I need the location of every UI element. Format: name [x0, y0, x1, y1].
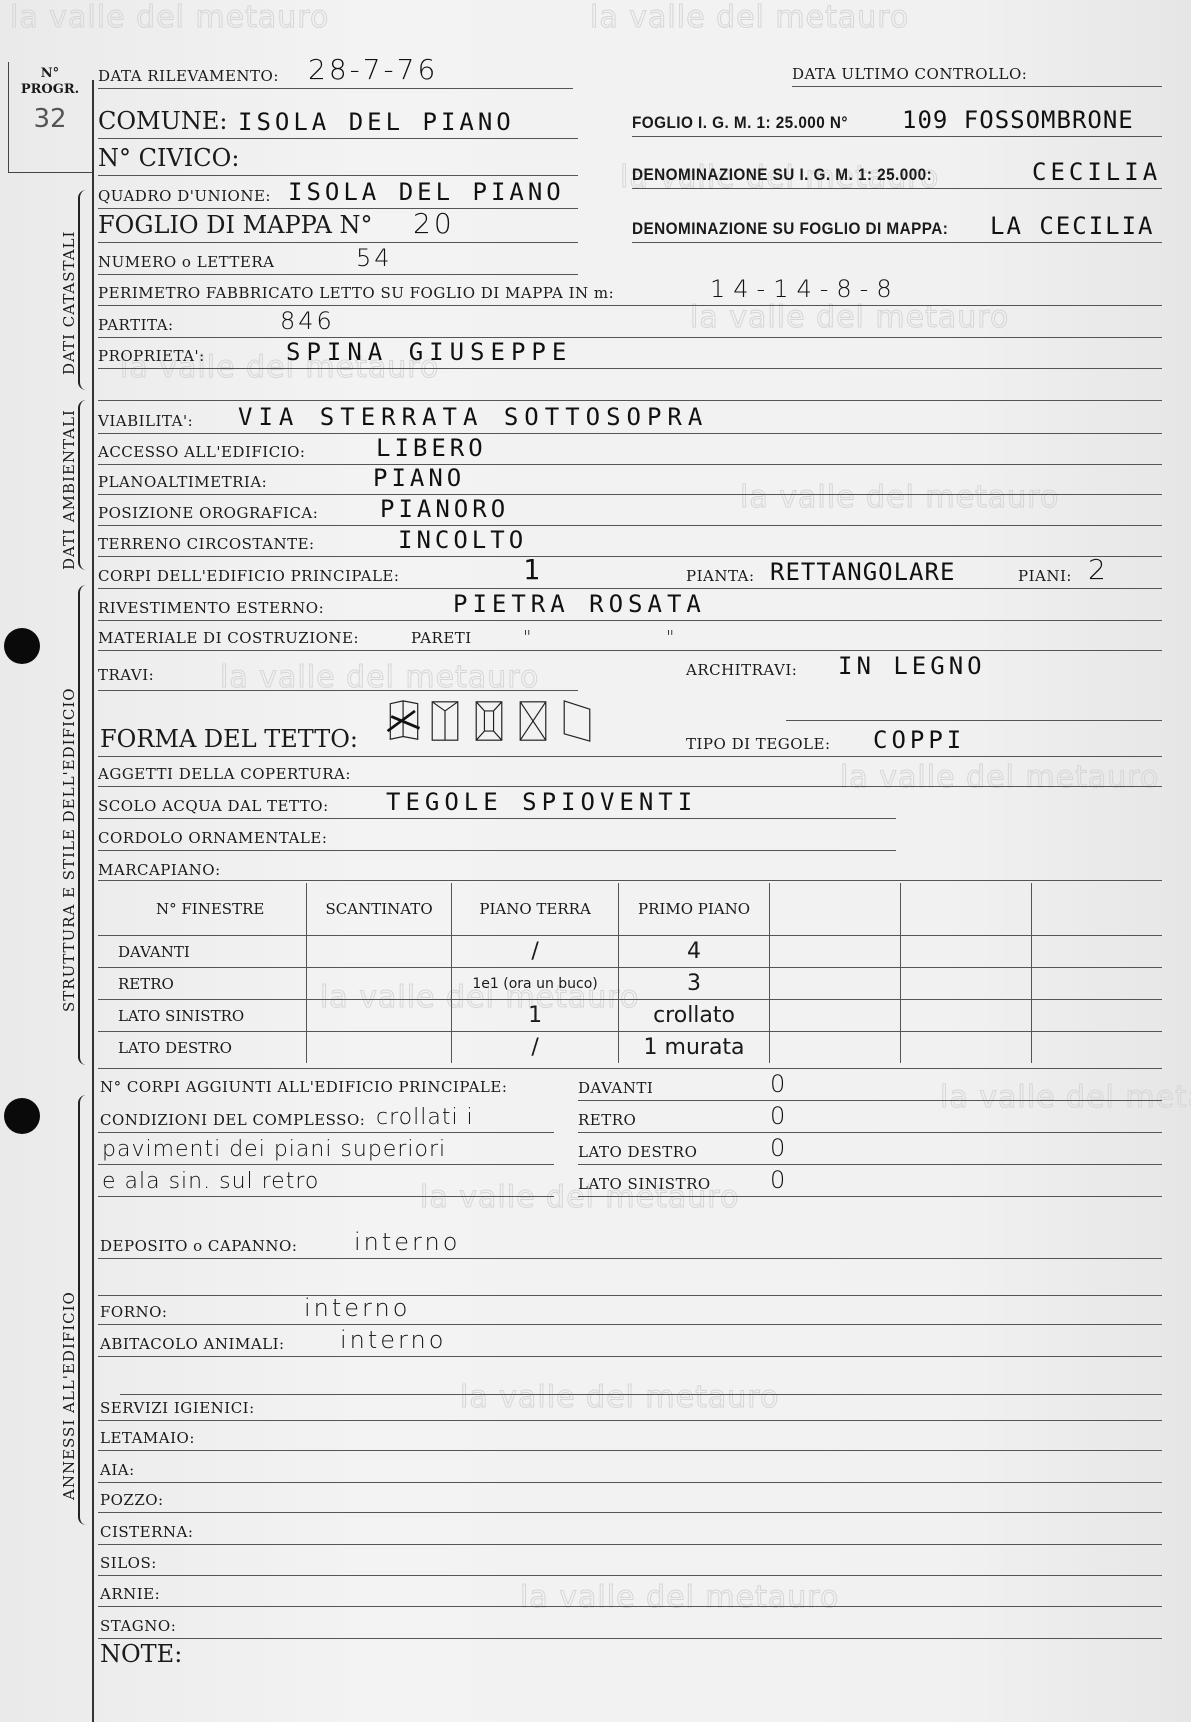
- aggetti-label: AGGETTI DELLA COPERTURA:: [98, 765, 351, 783]
- foglio-row: FOGLIO DI MAPPA N° 20: [98, 212, 578, 243]
- architravi-label: ARCHITRAVI:: [686, 661, 797, 679]
- aggiunti-davanti-row: DAVANTI 0: [578, 1070, 1162, 1101]
- proprieta-label: PROPRIETA':: [98, 347, 205, 365]
- cell[interactable]: /: [452, 1032, 619, 1064]
- letamaio-label: LETAMAIO:: [100, 1429, 195, 1447]
- table-row: DAVANTI / 4: [98, 936, 1162, 968]
- binder-hole: [4, 1098, 40, 1134]
- cell[interactable]: [770, 968, 901, 1000]
- cell[interactable]: 1: [452, 1000, 619, 1032]
- data-rilevamento-value[interactable]: 28-7-76: [308, 53, 438, 86]
- tetto-label: FORMA DEL TETTO:: [100, 725, 358, 753]
- roof-shape-padiglione-icon[interactable]: [430, 700, 460, 742]
- partita-value[interactable]: 846: [280, 307, 335, 335]
- comune-value[interactable]: ISOLA DEL PIANO: [238, 108, 515, 136]
- silos-label: SILOS:: [100, 1554, 157, 1572]
- aggiunti-davanti-value[interactable]: 0: [770, 1070, 788, 1098]
- note-label: NOTE:: [100, 1640, 182, 1668]
- arnie-label: ARNIE:: [100, 1585, 160, 1603]
- aggetti-row: AGGETTI DELLA COPERTURA:: [98, 756, 1162, 787]
- tegole-value[interactable]: COPPI: [873, 726, 965, 754]
- condizioni-row-3: e ala sin. sul retro: [98, 1166, 554, 1197]
- cell[interactable]: /: [452, 936, 619, 968]
- data-ultimo-controllo-row: DATA ULTIMO CONTROLLO:: [792, 56, 1162, 87]
- pianta-value[interactable]: RETTANGOLARE: [770, 558, 955, 586]
- cell[interactable]: [901, 1000, 1032, 1032]
- note-field[interactable]: [190, 1640, 1160, 1710]
- silos-row: SILOS:: [98, 1545, 1162, 1576]
- pareti-label: PARETI: [411, 629, 472, 647]
- roof-shape-capanna-crossed-icon[interactable]: [386, 700, 422, 742]
- architravi-value[interactable]: IN LEGNO: [838, 652, 986, 680]
- tetto-row: FORMA DEL TETTO: TIPO DI TEGOLE: COPPI: [98, 722, 1162, 757]
- proprieta-value[interactable]: SPINA GIUSEPPE: [286, 338, 572, 366]
- section-brace: [78, 190, 90, 390]
- cell[interactable]: 3: [619, 968, 770, 1000]
- abitacolo-row: ABITACOLO ANIMALI: interno: [98, 1326, 1162, 1357]
- row-label: LATO SINISTRO: [98, 1000, 307, 1032]
- table-row: LATO SINISTRO 1 crollato: [98, 1000, 1162, 1032]
- quadro-value[interactable]: ISOLA DEL PIANO: [288, 178, 565, 206]
- numero-value[interactable]: 54: [356, 244, 393, 272]
- cell[interactable]: 1 murata: [619, 1032, 770, 1064]
- pozzo-label: POZZO:: [100, 1491, 164, 1509]
- aggiunti-sinistro-label: LATO SINISTRO: [578, 1175, 711, 1193]
- materiale-label: MATERIALE DI COSTRUZIONE:: [98, 629, 359, 647]
- aggiunti-retro-value[interactable]: 0: [770, 1102, 788, 1130]
- progr-value: 32: [10, 104, 90, 134]
- travi-row: TRAVI:: [98, 660, 578, 691]
- accesso-row: ACCESSO ALL'EDIFICIO: LIBERO: [98, 434, 1162, 465]
- igm-row: FOGLIO I. G. M. 1: 25.000 N° 109 FOSSOMB…: [632, 106, 1162, 137]
- side-label-catastali: DATI CATASTALI: [60, 231, 78, 375]
- blank-row: [98, 1265, 1162, 1296]
- side-label-struttura: STRUTTURA E STILE DELL'EDIFICIO: [60, 687, 78, 1012]
- deposito-row: DEPOSITO o CAPANNO: interno: [98, 1228, 1162, 1259]
- section-brace: [78, 1095, 90, 1525]
- pareti-value-1[interactable]: ": [523, 627, 534, 648]
- section-brace: [78, 400, 90, 570]
- plano-value[interactable]: PIANO: [373, 464, 465, 492]
- cell[interactable]: [307, 936, 452, 968]
- partita-row: PARTITA: 846: [98, 307, 1162, 338]
- cell[interactable]: [307, 1000, 452, 1032]
- cisterna-label: CISTERNA:: [100, 1523, 193, 1541]
- cordolo-label: CORDOLO ORNAMENTALE:: [98, 829, 327, 847]
- cisterna-row: CISTERNA:: [98, 1514, 1162, 1545]
- cell[interactable]: [1032, 1000, 1163, 1032]
- forno-label: FORNO:: [100, 1303, 167, 1321]
- comune-label: COMUNE:: [98, 107, 227, 135]
- numero-row: NUMERO o LETTERA 54: [98, 244, 578, 275]
- data-rilevamento-row: DATA RILEVAMENTO: 28-7-76: [98, 58, 573, 89]
- abitacolo-value[interactable]: interno: [340, 1326, 446, 1354]
- plano-label: PLANOALTIMETRIA:: [98, 473, 267, 491]
- scolo-value[interactable]: TEGOLE SPIOVENTI: [386, 788, 697, 816]
- left-margin-line: [92, 80, 94, 1722]
- deposito-label: DEPOSITO o CAPANNO:: [100, 1237, 297, 1255]
- watermark: la valle del metauro: [590, 0, 909, 35]
- partita-label: PARTITA:: [98, 316, 174, 334]
- viabilita-row: VIABILITA': VIA STERRATA SOTTOSOPRA: [98, 403, 1162, 434]
- corpi-value[interactable]: 1: [523, 553, 544, 586]
- cell[interactable]: [770, 1032, 901, 1064]
- finestre-top-line: [98, 880, 1162, 881]
- cell[interactable]: [770, 1000, 901, 1032]
- denom-igm-row: DENOMINAZIONE SU I. G. M. 1: 25.000: CEC…: [632, 158, 1162, 189]
- roof-shape-padiglione-2-icon[interactable]: [474, 700, 504, 742]
- row-label: LATO DESTRO: [98, 1032, 307, 1064]
- denom-mappa-value[interactable]: LA CECILIA: [990, 212, 1155, 240]
- igm-label: FOGLIO I. G. M. 1: 25.000 N°: [632, 113, 848, 133]
- table-header-row: N° FINESTRE SCANTINATO PIANO TERRA PRIMO…: [98, 883, 1162, 936]
- blank-row: [98, 370, 1162, 401]
- terreno-row: TERRENO CIRCOSTANTE: INCOLTO: [98, 526, 1162, 557]
- cell[interactable]: [1032, 968, 1163, 1000]
- civico-row: N° CIVICO:: [98, 145, 578, 176]
- data-rilevamento-label: DATA RILEVAMENTO:: [98, 67, 279, 85]
- side-label-ambientali: DATI AMBIENTALI: [60, 409, 78, 570]
- denom-mappa-row: DENOMINAZIONE SU FOGLIO DI MAPPA: LA CEC…: [632, 212, 1162, 243]
- cell[interactable]: crollato: [619, 1000, 770, 1032]
- viabilita-value[interactable]: VIA STERRATA SOTTOSOPRA: [238, 403, 708, 431]
- cell[interactable]: [901, 936, 1032, 968]
- forno-value[interactable]: interno: [304, 1294, 410, 1322]
- aggiunti-destro-value[interactable]: 0: [770, 1134, 788, 1162]
- table-row: RETRO 1e1 (ora un buco) 3: [98, 968, 1162, 1000]
- terreno-value[interactable]: INCOLTO: [398, 526, 527, 554]
- condizioni-label: CONDIZIONI DEL COMPLESSO:: [100, 1111, 365, 1129]
- terreno-label: TERRENO CIRCOSTANTE:: [98, 535, 315, 553]
- denom-igm-value[interactable]: CECILIA: [1032, 158, 1161, 186]
- cell[interactable]: [1032, 1032, 1163, 1064]
- condizioni-line-2[interactable]: pavimenti dei piani superiori: [102, 1137, 446, 1162]
- proprieta-row: PROPRIETA': SPINA GIUSEPPE: [98, 338, 1162, 369]
- accesso-label: ACCESSO ALL'EDIFICIO:: [98, 443, 305, 461]
- foglio-label: FOGLIO DI MAPPA N°: [98, 211, 373, 239]
- cell[interactable]: [1032, 936, 1163, 968]
- row-label: DAVANTI: [98, 936, 307, 968]
- condizioni-row: CONDIZIONI DEL COMPLESSO: crollati i: [98, 1102, 554, 1133]
- abitacolo-label: ABITACOLO ANIMALI:: [100, 1335, 285, 1353]
- side-label-annessi: ANNESSI ALL'EDIFICIO: [60, 1291, 78, 1500]
- comune-row: COMUNE: ISOLA DEL PIANO: [98, 108, 578, 139]
- pianta-label: PIANTA:: [686, 567, 755, 585]
- data-ultimo-controllo-label: DATA ULTIMO CONTROLLO:: [792, 65, 1027, 83]
- corpi-label: CORPI DELL'EDIFICIO PRINCIPALE:: [98, 567, 399, 585]
- row-label: RETRO: [98, 968, 307, 1000]
- section-brace: [78, 585, 90, 1065]
- scolo-row: SCOLO ACQUA DAL TETTO: TEGOLE SPIOVENTI: [98, 788, 896, 819]
- materiale-row: MATERIALE DI COSTRUZIONE: PARETI " ": [98, 620, 1162, 651]
- binder-hole: [4, 628, 40, 664]
- foglio-value[interactable]: 20: [413, 207, 455, 240]
- marcapiano-label: MARCAPIANO:: [98, 861, 221, 879]
- perimetro-value[interactable]: 14-14-8-8: [710, 275, 900, 303]
- perimetro-row: PERIMETRO FABBRICATO LETTO SU FOGLIO DI …: [98, 275, 1162, 306]
- cordolo-row: CORDOLO ORNAMENTALE:: [98, 820, 896, 851]
- viabilita-label: VIABILITA':: [98, 412, 193, 430]
- condizioni-line-1[interactable]: crollati i: [376, 1105, 474, 1130]
- cell[interactable]: [307, 1032, 452, 1064]
- aggiunti-davanti-label: DAVANTI: [578, 1079, 653, 1097]
- aggiunti-sinistro-row: LATO SINISTRO 0: [578, 1166, 1162, 1197]
- deposito-value[interactable]: interno: [354, 1228, 460, 1256]
- stagno-row: STAGNO:: [98, 1608, 1162, 1639]
- aggiunti-retro-label: RETRO: [578, 1111, 636, 1129]
- survey-form-page: la valle del metauro la valle del metaur…: [0, 0, 1191, 1722]
- tetto-right-line: [786, 720, 1162, 721]
- architravi-row: ARCHITRAVI: IN LEGNO: [686, 652, 1162, 682]
- denom-mappa-label: DENOMINAZIONE SU FOGLIO DI MAPPA:: [632, 219, 948, 239]
- posizione-value[interactable]: PIANORO: [380, 495, 509, 523]
- roof-shape-crociera-icon[interactable]: [518, 700, 548, 742]
- marcapiano-row: MARCAPIANO:: [98, 852, 1162, 882]
- col-header: PRIMO PIANO: [619, 883, 770, 936]
- cell[interactable]: [901, 1032, 1032, 1064]
- posizione-row: POSIZIONE OROGRAFICA: PIANORO: [98, 495, 1162, 526]
- col-header: [1032, 883, 1163, 936]
- cell[interactable]: 1e1 (ora un buco): [452, 968, 619, 1000]
- condizioni-row-2: pavimenti dei piani superiori: [98, 1134, 554, 1165]
- forno-row: FORNO: interno: [98, 1294, 1162, 1325]
- corpi-row: CORPI DELL'EDIFICIO PRINCIPALE: 1 PIANTA…: [98, 558, 1162, 589]
- rivestimento-row: RIVESTIMENTO ESTERNO: PIETRA ROSATA: [98, 590, 1162, 621]
- table-row: LATO DESTRO / 1 murata: [98, 1032, 1162, 1064]
- servizi-label: SERVIZI IGIENICI:: [100, 1399, 255, 1417]
- aggiunti-retro-row: RETRO 0: [578, 1102, 1162, 1133]
- quadro-label: QUADRO D'UNIONE:: [98, 187, 271, 205]
- servizi-row: SERVIZI IGIENICI:: [98, 1390, 1162, 1421]
- pozzo-row: POZZO:: [98, 1482, 1162, 1513]
- stagno-label: STAGNO:: [100, 1617, 176, 1635]
- plano-row: PLANOALTIMETRIA: PIANO: [98, 464, 1162, 495]
- corpi-aggiunti-label: N° CORPI AGGIUNTI ALL'EDIFICIO PRINCIPAL…: [100, 1078, 507, 1096]
- aggiunti-destro-label: LATO DESTRO: [578, 1143, 697, 1161]
- cell[interactable]: [770, 936, 901, 968]
- posizione-label: POSIZIONE OROGRAFICA:: [98, 504, 318, 522]
- cell[interactable]: [307, 968, 452, 1000]
- igm-value[interactable]: 109 FOSSOMBRONE: [902, 106, 1134, 134]
- col-header: [770, 883, 901, 936]
- accesso-value[interactable]: LIBERO: [376, 434, 487, 462]
- cell[interactable]: 4: [619, 936, 770, 968]
- letamaio-row: LETAMAIO:: [98, 1420, 1162, 1451]
- numero-label: NUMERO o LETTERA: [98, 253, 275, 271]
- aia-label: AIA:: [100, 1461, 135, 1479]
- watermark: la valle del metauro: [10, 0, 329, 35]
- finestre-table: N° FINESTRE SCANTINATO PIANO TERRA PRIMO…: [98, 883, 1162, 1063]
- arnie-row: ARNIE:: [98, 1576, 1162, 1607]
- roof-shape-falda-icon[interactable]: [562, 700, 592, 742]
- condizioni-line-3[interactable]: e ala sin. sul retro: [102, 1169, 319, 1194]
- travi-label: TRAVI:: [98, 666, 154, 684]
- tegole-label: TIPO DI TEGOLE:: [686, 735, 831, 753]
- quadro-row: QUADRO D'UNIONE: ISOLA DEL PIANO: [98, 178, 578, 209]
- col-header: PIANO TERRA: [452, 883, 619, 936]
- rivestimento-label: RIVESTIMENTO ESTERNO:: [98, 599, 324, 617]
- col-header: SCANTINATO: [307, 883, 452, 936]
- denom-igm-label: DENOMINAZIONE SU I. G. M. 1: 25.000:: [632, 165, 932, 185]
- civico-label: N° CIVICO:: [98, 144, 239, 172]
- rivestimento-value[interactable]: PIETRA ROSATA: [453, 590, 706, 618]
- aggiunti-sinistro-value[interactable]: 0: [770, 1166, 788, 1194]
- piani-value[interactable]: 2: [1088, 553, 1109, 586]
- perimetro-label: PERIMETRO FABBRICATO LETTO SU FOGLIO DI …: [98, 284, 614, 302]
- pareti-value-2[interactable]: ": [666, 627, 677, 648]
- aia-row: AIA:: [98, 1452, 1162, 1483]
- col-header: N° FINESTRE: [98, 883, 307, 936]
- progr-label: N° PROGR.: [10, 66, 90, 98]
- scolo-label: SCOLO ACQUA DAL TETTO:: [98, 797, 329, 815]
- aggiunti-destro-row: LATO DESTRO 0: [578, 1134, 1162, 1165]
- cell[interactable]: [901, 968, 1032, 1000]
- piani-label: PIANI:: [1018, 567, 1072, 585]
- col-header: [901, 883, 1032, 936]
